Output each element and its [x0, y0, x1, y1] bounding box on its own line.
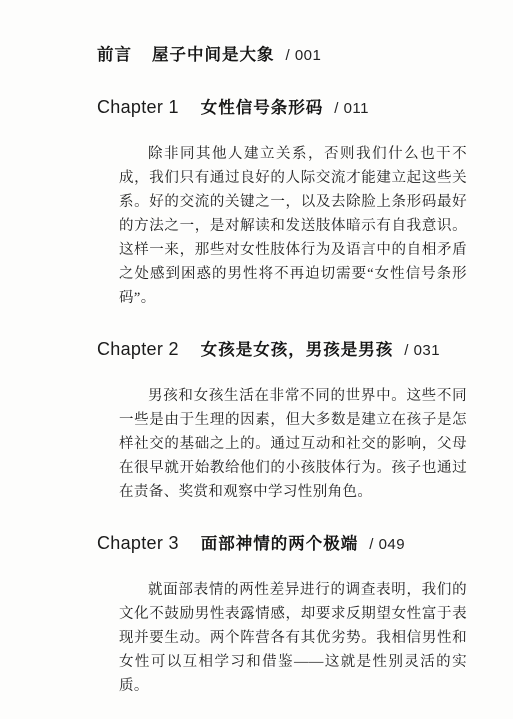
chapter-3-label: Chapter 3 [97, 533, 179, 553]
chapter-1-label: Chapter 1 [97, 97, 179, 117]
preface-title: 屋子中间是大象 [152, 46, 275, 64]
chapter-3-summary: 就面部表情的两性差异进行的调查表明，我们的文化不鼓励男性表露情感，却要求反期望女… [119, 578, 467, 698]
toc-entry-preface: 前言 屋子中间是大象 / 001 [97, 45, 467, 66]
chapter-1-title: 女性信号条形码 [201, 99, 324, 117]
chapter-2-label: Chapter 2 [97, 339, 179, 359]
chapter-3-page-ref: / 049 [369, 536, 405, 553]
preface-page-ref: / 001 [286, 47, 322, 64]
chapter-2-summary: 男孩和女孩生活在非常不同的世界中。这些不同一些是由于生理的因素，但大多数是建立在… [119, 384, 467, 504]
toc-content: 前言 屋子中间是大象 / 001 Chapter 1 女性信号条形码 / 011… [0, 0, 513, 698]
toc-entry-chapter-2: Chapter 2 女孩是女孩，男孩是男孩 / 031 [97, 338, 467, 362]
chapter-2-title: 女孩是女孩，男孩是男孩 [201, 341, 394, 359]
chapter-3-title: 面部神情的两个极端 [201, 535, 359, 553]
chapter-2-page-ref: / 031 [404, 342, 440, 359]
book-toc-page: 前言 屋子中间是大象 / 001 Chapter 1 女性信号条形码 / 011… [0, 0, 513, 719]
toc-entry-chapter-1: Chapter 1 女性信号条形码 / 011 [97, 96, 467, 120]
toc-entry-chapter-3: Chapter 3 面部神情的两个极端 / 049 [97, 532, 467, 556]
preface-label: 前言 [97, 46, 132, 64]
chapter-1-summary: 除非同其他人建立关系，否则我们什么也干不成，我们只有通过良好的人际交流才能建立起… [119, 142, 467, 310]
chapter-1-page-ref: / 011 [334, 100, 369, 117]
